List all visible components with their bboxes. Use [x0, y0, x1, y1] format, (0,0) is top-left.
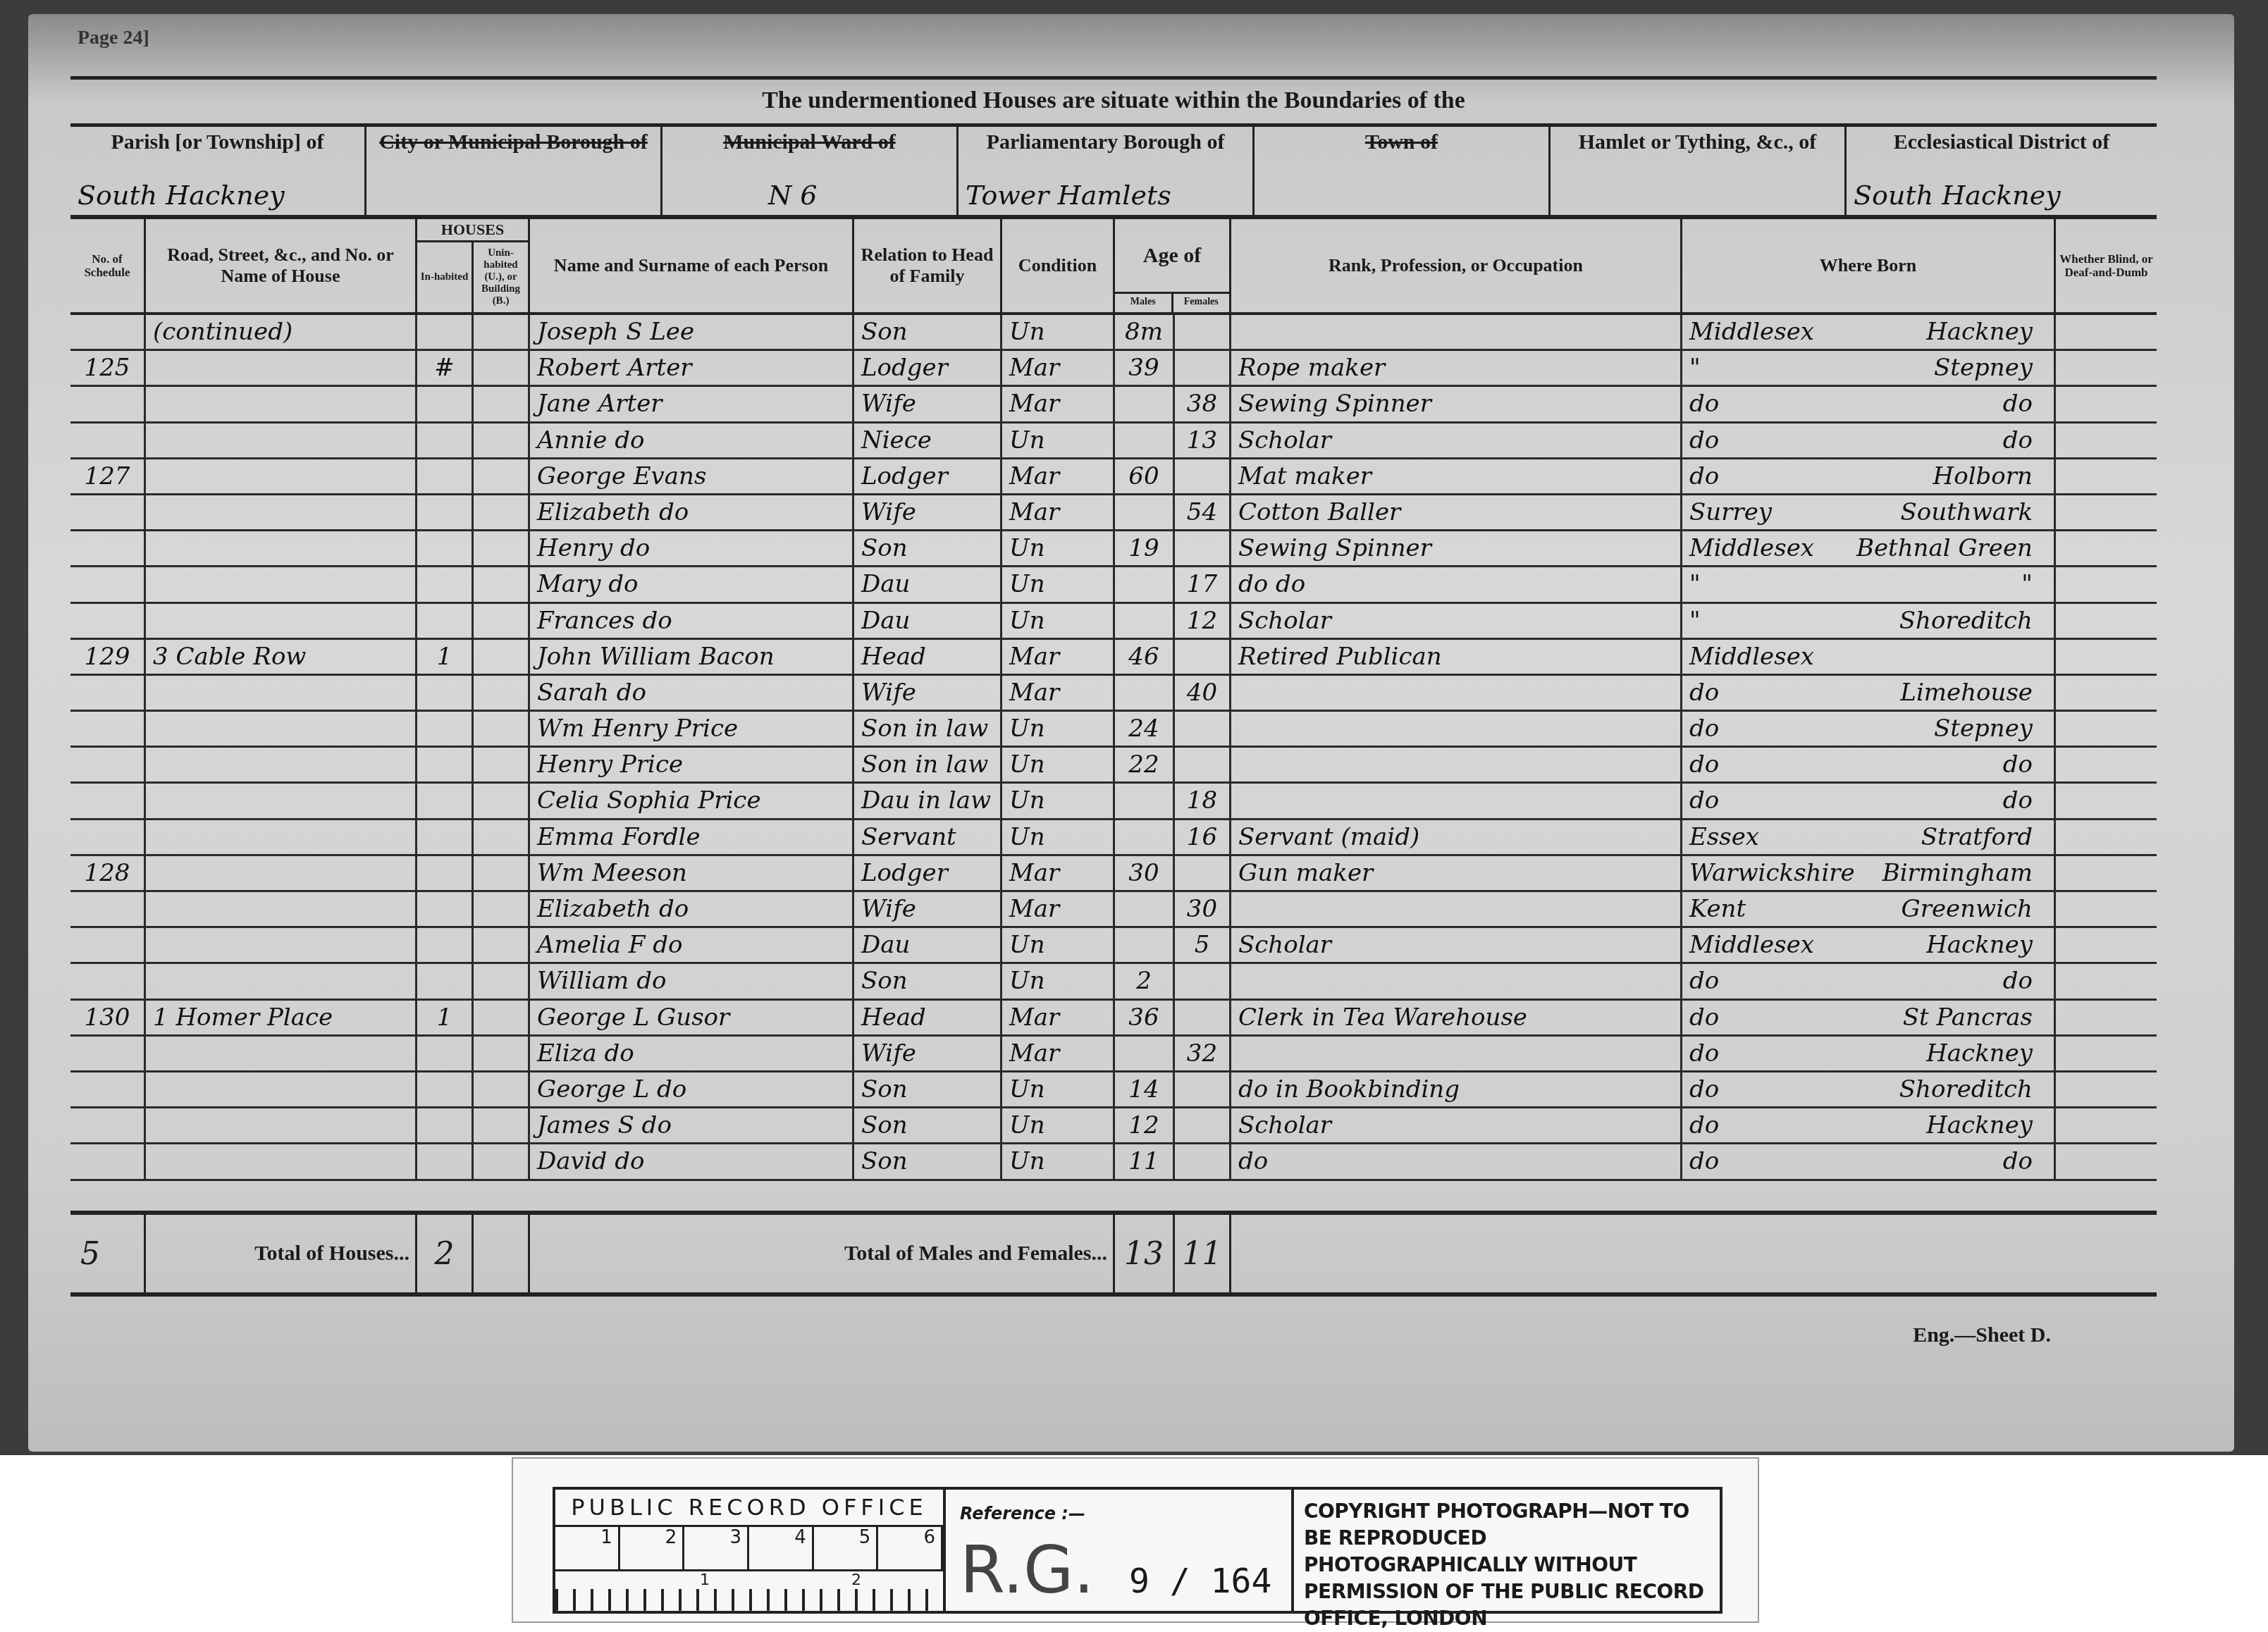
road-address: [146, 928, 417, 962]
occupation: Rope maker: [1231, 351, 1682, 385]
born-county: Surrey: [1689, 495, 1772, 529]
blind-deaf: [2056, 387, 2157, 421]
condition: Un: [1002, 820, 1115, 854]
relation: Son: [854, 1072, 1002, 1106]
inhabited-mark: [417, 928, 474, 962]
condition: Un: [1002, 424, 1115, 457]
age-female: [1175, 856, 1231, 890]
inhabited-mark: [417, 387, 474, 421]
blind-deaf: [2056, 748, 2157, 781]
occupation: [1231, 315, 1682, 349]
inhabited-mark: [417, 424, 474, 457]
ward-label: Municipal Ward of: [662, 130, 956, 154]
blind-deaf: [2056, 784, 2157, 817]
inhabited-mark: [417, 604, 474, 638]
person-name: George L Gusor: [530, 1001, 854, 1034]
header-schedule: No. of Schedule: [70, 219, 146, 312]
inhabited-mark: [417, 495, 474, 529]
road-address: [146, 964, 417, 998]
totals-blank-cell: [1231, 1215, 2157, 1292]
road-address: 3 Cable Row: [146, 640, 417, 674]
occupation: Cotton Baller: [1231, 495, 1682, 529]
where-born: "": [1682, 567, 2056, 601]
occupation: Mat maker: [1231, 459, 1682, 493]
schedule-number: [70, 964, 146, 998]
person-name: John William Bacon: [530, 640, 854, 674]
born-county: Middlesex: [1689, 640, 1814, 674]
blind-deaf: [2056, 495, 2157, 529]
parliamentary-cell: Parliamentary Borough of Tower Hamlets: [959, 123, 1255, 215]
district-header: Parish [or Township] of South Hackney Ci…: [70, 123, 2157, 219]
schedule-number: 128: [70, 856, 146, 890]
where-born: doStepney: [1682, 712, 2056, 746]
age-male: [1115, 604, 1175, 638]
table-row: Wm Henry PriceSon in lawUn24doStepney: [70, 712, 2157, 748]
condition: Mar: [1002, 856, 1115, 890]
schedule-number: [70, 784, 146, 817]
born-parish: Southwark: [1901, 495, 2033, 529]
blind-deaf: [2056, 1108, 2157, 1142]
born-county: ": [1689, 351, 1701, 385]
totals-uninhabited-cell: [474, 1215, 530, 1292]
road-address: [146, 676, 417, 710]
born-parish: Stepney: [1934, 351, 2033, 385]
person-name: Celia Sophia Price: [530, 784, 854, 817]
occupation: Scholar: [1231, 424, 1682, 457]
age-female: [1175, 315, 1231, 349]
borough-label: City or Municipal Borough of: [366, 130, 660, 154]
age-male: [1115, 495, 1175, 529]
table-row: Frances doDauUn12Scholar"Shoreditch: [70, 604, 2157, 640]
condition: Mar: [1002, 892, 1115, 926]
born-county: ": [1689, 567, 1701, 601]
table-row: Jane ArterWifeMar38Sewing Spinnerdodo: [70, 387, 2157, 423]
column-headers: No. of Schedule Road, Street, &c., and N…: [70, 219, 2157, 315]
uninhabited-mark: [474, 892, 530, 926]
table-row: Celia Sophia PriceDau in lawUn18dodo: [70, 784, 2157, 820]
schedule-number: [70, 1144, 146, 1178]
relation: Head: [854, 640, 1002, 674]
person-name: William do: [530, 964, 854, 998]
ruler-inch-label: 2: [851, 1571, 861, 1589]
born-parish: St Pancras: [1903, 1001, 2033, 1034]
age-male: 8m: [1115, 315, 1175, 349]
age-male: [1115, 567, 1175, 601]
where-born: dodo: [1682, 784, 2056, 817]
road-address: [146, 1108, 417, 1142]
inhabited-mark: [417, 892, 474, 926]
totals-females-cell: 11: [1175, 1215, 1231, 1292]
road-address: [146, 495, 417, 529]
occupation: Gun maker: [1231, 856, 1682, 890]
road-address: [146, 1144, 417, 1178]
where-born: dodo: [1682, 748, 2056, 781]
totals-schedule-cell: 5: [70, 1215, 146, 1292]
relation: Dau: [854, 928, 1002, 962]
parliamentary-value: Tower Hamlets: [966, 180, 1171, 211]
relation: Son: [854, 964, 1002, 998]
age-female: [1175, 459, 1231, 493]
condition: Un: [1002, 1072, 1115, 1106]
age-female: 54: [1175, 495, 1231, 529]
condition: Un: [1002, 964, 1115, 998]
table-row: William doSonUn2dodo: [70, 964, 2157, 1000]
age-male: 12: [1115, 1108, 1175, 1142]
age-male: 39: [1115, 351, 1175, 385]
header-males: Males: [1115, 294, 1173, 312]
person-name: James S do: [530, 1108, 854, 1142]
where-born: doShoreditch: [1682, 1072, 2056, 1106]
where-born: EssexStratford: [1682, 820, 2056, 854]
blind-deaf: [2056, 640, 2157, 674]
uninhabited-mark: [474, 784, 530, 817]
relation: Son in law: [854, 712, 1002, 746]
inhabited-mark: [417, 531, 474, 565]
condition: Mar: [1002, 459, 1115, 493]
age-female: 30: [1175, 892, 1231, 926]
where-born: dodo: [1682, 964, 2056, 998]
table-row: Elizabeth doWifeMar30KentGreenwich: [70, 892, 2157, 928]
schedule-number: [70, 495, 146, 529]
ecclesiastical-cell: Ecclesiastical District of South Hackney: [1847, 123, 2157, 215]
totals-row: 5 Total of Houses... 2 Total of Males an…: [70, 1211, 2157, 1297]
age-male: [1115, 928, 1175, 962]
age-female: 32: [1175, 1037, 1231, 1070]
age-male: [1115, 784, 1175, 817]
blind-deaf: [2056, 1144, 2157, 1178]
inhabited-mark: [417, 567, 474, 601]
reference-block: Reference :— R.G. 9 / 164: [946, 1490, 1294, 1611]
blind-deaf: [2056, 567, 2157, 601]
header-uninhabited: Unin-habited (U.), or Building (B.): [474, 242, 528, 312]
person-name: Joseph S Lee: [530, 315, 854, 349]
inhabited-mark: 1: [417, 640, 474, 674]
occupation: [1231, 748, 1682, 781]
road-address: [146, 856, 417, 890]
public-record-office-stamp: PUBLIC RECORD OFFICE 1 2 3 4 5 6 1 2 Ref…: [512, 1457, 1759, 1623]
road-address: [146, 351, 417, 385]
table-row: George L doSonUn14do in BookbindingdoSho…: [70, 1072, 2157, 1108]
inhabited-mark: [417, 856, 474, 890]
born-county: do: [1689, 676, 1719, 710]
header-name: Name and Surname of each Person: [530, 219, 854, 312]
schedule-number: [70, 928, 146, 962]
born-parish: Birmingham: [1882, 856, 2033, 890]
road-address: [146, 1072, 417, 1106]
born-parish: Limehouse: [1900, 676, 2033, 710]
relation: Son in law: [854, 748, 1002, 781]
blind-deaf: [2056, 712, 2157, 746]
total-houses-label: Total of Houses...: [254, 1242, 409, 1266]
census-form: The undermentioned Houses are situate wi…: [70, 76, 2157, 1380]
header-females: Females: [1173, 294, 1230, 312]
age-female: 12: [1175, 604, 1231, 638]
blind-deaf: [2056, 531, 2157, 565]
totals-houses-value-cell: 2: [417, 1215, 474, 1292]
road-address: [146, 784, 417, 817]
condition: Mar: [1002, 640, 1115, 674]
totals-houses-label-cell: Total of Houses...: [146, 1215, 417, 1292]
age-male: 24: [1115, 712, 1175, 746]
uninhabited-mark: [474, 604, 530, 638]
table-row: Henry PriceSon in lawUn22dodo: [70, 748, 2157, 784]
age-male: [1115, 820, 1175, 854]
occupation: [1231, 676, 1682, 710]
occupation: Sewing Spinner: [1231, 531, 1682, 565]
condition: Un: [1002, 928, 1115, 962]
person-name: Mary do: [530, 567, 854, 601]
born-county: do: [1689, 459, 1719, 493]
blind-deaf: [2056, 820, 2157, 854]
where-born: "Stepney: [1682, 351, 2056, 385]
relation: Son: [854, 1144, 1002, 1178]
copyright-notice: COPYRIGHT PHOTOGRAPH—NOT TO BE REPRODUCE…: [1294, 1490, 1720, 1611]
condition: Mar: [1002, 1037, 1115, 1070]
where-born: dodo: [1682, 387, 2056, 421]
reference-piece: 9 / 164: [1129, 1562, 1271, 1601]
inhabited-mark: 1: [417, 1001, 474, 1034]
born-parish: do: [2003, 964, 2033, 998]
ruler-inch-label: 1: [700, 1571, 710, 1589]
born-parish: do: [2003, 1144, 2033, 1178]
born-parish: Shoreditch: [1899, 1072, 2033, 1106]
uninhabited-mark: [474, 387, 530, 421]
condition: Mar: [1002, 495, 1115, 529]
parish-label: Parish [or Township] of: [70, 130, 364, 154]
relation: Head: [854, 1001, 1002, 1034]
table-row: 1301 Homer Place1George L GusorHeadMar36…: [70, 1001, 2157, 1037]
where-born: MiddlesexHackney: [1682, 928, 2056, 962]
inhabited-mark: [417, 1108, 474, 1142]
occupation: Retired Publican: [1231, 640, 1682, 674]
person-name: Emma Fordle: [530, 820, 854, 854]
born-county: do: [1689, 712, 1719, 746]
ruler-inches: 1 2: [555, 1571, 943, 1611]
ruler-tick-label: 2: [620, 1527, 685, 1569]
blind-deaf: [2056, 964, 2157, 998]
uninhabited-mark: [474, 351, 530, 385]
uninhabited-mark: [474, 928, 530, 962]
where-born: KentGreenwich: [1682, 892, 2056, 926]
blind-deaf: [2056, 1072, 2157, 1106]
blind-deaf: [2056, 856, 2157, 890]
age-female: 17: [1175, 567, 1231, 601]
ruler-cm: 1 2 3 4 5 6: [555, 1527, 943, 1571]
age-male: [1115, 1037, 1175, 1070]
where-born: "Shoreditch: [1682, 604, 2056, 638]
born-county: do: [1689, 424, 1719, 457]
blind-deaf: [2056, 604, 2157, 638]
born-parish: Shoreditch: [1899, 604, 2033, 638]
where-born: dodo: [1682, 1144, 2056, 1178]
ward-value: N 6: [768, 180, 818, 211]
age-male: 36: [1115, 1001, 1175, 1034]
occupation: Servant (maid): [1231, 820, 1682, 854]
relation: Wife: [854, 495, 1002, 529]
inhabited-mark: [417, 712, 474, 746]
uninhabited-mark: [474, 1072, 530, 1106]
condition: Mar: [1002, 1001, 1115, 1034]
schedule-number: [70, 567, 146, 601]
table-row: Emma FordleServantUn16Servant (maid)Esse…: [70, 820, 2157, 856]
age-female: [1175, 1072, 1231, 1106]
born-parish: Greenwich: [1902, 892, 2033, 926]
road-address: [146, 712, 417, 746]
born-parish: Stratford: [1921, 820, 2033, 854]
schedule-number: [70, 712, 146, 746]
age-female: 16: [1175, 820, 1231, 854]
where-born: WarwickshireBirmingham: [1682, 856, 2056, 890]
table-row: 125#Robert ArterLodgerMar39Rope maker"St…: [70, 351, 2157, 387]
person-name: George Evans: [530, 459, 854, 493]
header-road: Road, Street, &c., and No. or Name of Ho…: [146, 219, 417, 312]
uninhabited-mark: [474, 495, 530, 529]
hamlet-label: Hamlet or Tything, &c., of: [1551, 130, 1844, 154]
born-county: Middlesex: [1689, 531, 1814, 565]
road-address: [146, 459, 417, 493]
condition: Un: [1002, 748, 1115, 781]
occupation: [1231, 964, 1682, 998]
person-name: Jane Arter: [530, 387, 854, 421]
uninhabited-mark: [474, 1001, 530, 1034]
born-parish: do: [2003, 424, 2033, 457]
age-male: 11: [1115, 1144, 1175, 1178]
uninhabited-mark: [474, 1037, 530, 1070]
born-county: Kent: [1689, 892, 1746, 926]
born-parish: Hackney: [1926, 928, 2033, 962]
schedule-number: 125: [70, 351, 146, 385]
occupation: [1231, 1037, 1682, 1070]
uninhabited-mark: [474, 964, 530, 998]
blind-deaf: [2056, 676, 2157, 710]
blind-deaf: [2056, 1001, 2157, 1034]
uninhabited-mark: [474, 1108, 530, 1142]
relation: Wife: [854, 1037, 1002, 1070]
ecclesiastical-value: South Hackney: [1854, 180, 2061, 211]
relation: Dau: [854, 567, 1002, 601]
born-county: do: [1689, 387, 1719, 421]
header-relation: Relation to Head of Family: [854, 219, 1002, 312]
uninhabited-mark: [474, 1144, 530, 1178]
relation: Lodger: [854, 856, 1002, 890]
person-name: Sarah do: [530, 676, 854, 710]
parish-value: South Hackney: [78, 180, 285, 211]
condition: Un: [1002, 1108, 1115, 1142]
blind-deaf: [2056, 351, 2157, 385]
boundaries-banner: The undermentioned Houses are situate wi…: [70, 76, 2157, 127]
town-label: Town of: [1255, 130, 1548, 154]
totals-schedule-mark: 5: [70, 1236, 100, 1272]
schedule-number: [70, 820, 146, 854]
schedule-number: [70, 1108, 146, 1142]
header-houses-title: HOUSES: [417, 219, 528, 242]
header-houses: HOUSES In-habited Unin-habited (U.), or …: [417, 219, 530, 312]
born-county: do: [1689, 748, 1719, 781]
where-born: MiddlesexBethnal Green: [1682, 531, 2056, 565]
road-address: [146, 531, 417, 565]
where-born: doSt Pancras: [1682, 1001, 2056, 1034]
where-born: SurreySouthwark: [1682, 495, 2056, 529]
inhabited-mark: #: [417, 351, 474, 385]
totals-males-cell: 13: [1115, 1215, 1175, 1292]
relation: Son: [854, 315, 1002, 349]
person-name: Amelia F do: [530, 928, 854, 962]
inhabited-mark: [417, 964, 474, 998]
age-male: 14: [1115, 1072, 1175, 1106]
relation: Wife: [854, 387, 1002, 421]
schedule-number: [70, 604, 146, 638]
condition: Un: [1002, 1144, 1115, 1178]
inhabited-mark: [417, 1072, 474, 1106]
relation: Servant: [854, 820, 1002, 854]
age-male: [1115, 387, 1175, 421]
age-female: [1175, 640, 1231, 674]
born-parish: Holborn: [1933, 459, 2033, 493]
condition: Un: [1002, 315, 1115, 349]
uninhabited-mark: [474, 820, 530, 854]
header-age-title: Age of: [1115, 219, 1229, 292]
born-county: do: [1689, 1001, 1719, 1034]
born-parish: Hackney: [1926, 1108, 2033, 1142]
blind-deaf: [2056, 424, 2157, 457]
road-address: [146, 604, 417, 638]
uninhabited-mark: [474, 748, 530, 781]
schedule-number: 127: [70, 459, 146, 493]
age-female: 38: [1175, 387, 1231, 421]
born-parish: Bethnal Green: [1856, 531, 2033, 565]
table-row: Amelia F doDauUn5ScholarMiddlesexHackney: [70, 928, 2157, 964]
table-row: Annie doNieceUn13Scholardodo: [70, 424, 2157, 459]
ruler-tick-label: 6: [878, 1527, 943, 1569]
born-county: ": [1689, 604, 1701, 638]
person-name: Elizabeth do: [530, 495, 854, 529]
person-name: Eliza do: [530, 1037, 854, 1070]
age-female: [1175, 1108, 1231, 1142]
person-name: Annie do: [530, 424, 854, 457]
age-male: 22: [1115, 748, 1175, 781]
person-name: Henry do: [530, 531, 854, 565]
inhabited-mark: [417, 1144, 474, 1178]
person-name: Robert Arter: [530, 351, 854, 385]
sheet-reference: Eng.—Sheet D.: [1913, 1323, 2051, 1347]
age-female: [1175, 1001, 1231, 1034]
town-cell: Town of: [1255, 123, 1551, 215]
born-county: do: [1689, 1144, 1719, 1178]
born-parish: Stepney: [1934, 712, 2033, 746]
header-blind: Whether Blind, or Deaf-and-Dumb: [2056, 219, 2157, 312]
condition: Mar: [1002, 351, 1115, 385]
table-row: Henry doSonUn19Sewing SpinnerMiddlesexBe…: [70, 531, 2157, 567]
occupation: [1231, 892, 1682, 926]
where-born: doHackney: [1682, 1108, 2056, 1142]
road-address: [146, 1037, 417, 1070]
table-row: Eliza doWifeMar32doHackney: [70, 1037, 2157, 1072]
born-county: do: [1689, 1037, 1719, 1070]
schedule-number: [70, 1072, 146, 1106]
relation: Niece: [854, 424, 1002, 457]
parliamentary-label: Parliamentary Borough of: [959, 130, 1252, 154]
person-name: Frances do: [530, 604, 854, 638]
totals-persons-label-cell: Total of Males and Females...: [530, 1215, 1115, 1292]
schedule-number: [70, 387, 146, 421]
born-parish: do: [2003, 748, 2033, 781]
total-houses-value: 2: [435, 1236, 455, 1272]
schedule-number: [70, 676, 146, 710]
person-name: David do: [530, 1144, 854, 1178]
table-row: 128Wm MeesonLodgerMar30Gun makerWarwicks…: [70, 856, 2157, 892]
table-row: (continued)Joseph S LeeSonUn8mMiddlesexH…: [70, 315, 2157, 351]
table-row: Elizabeth doWifeMar54Cotton BallerSurrey…: [70, 495, 2157, 531]
